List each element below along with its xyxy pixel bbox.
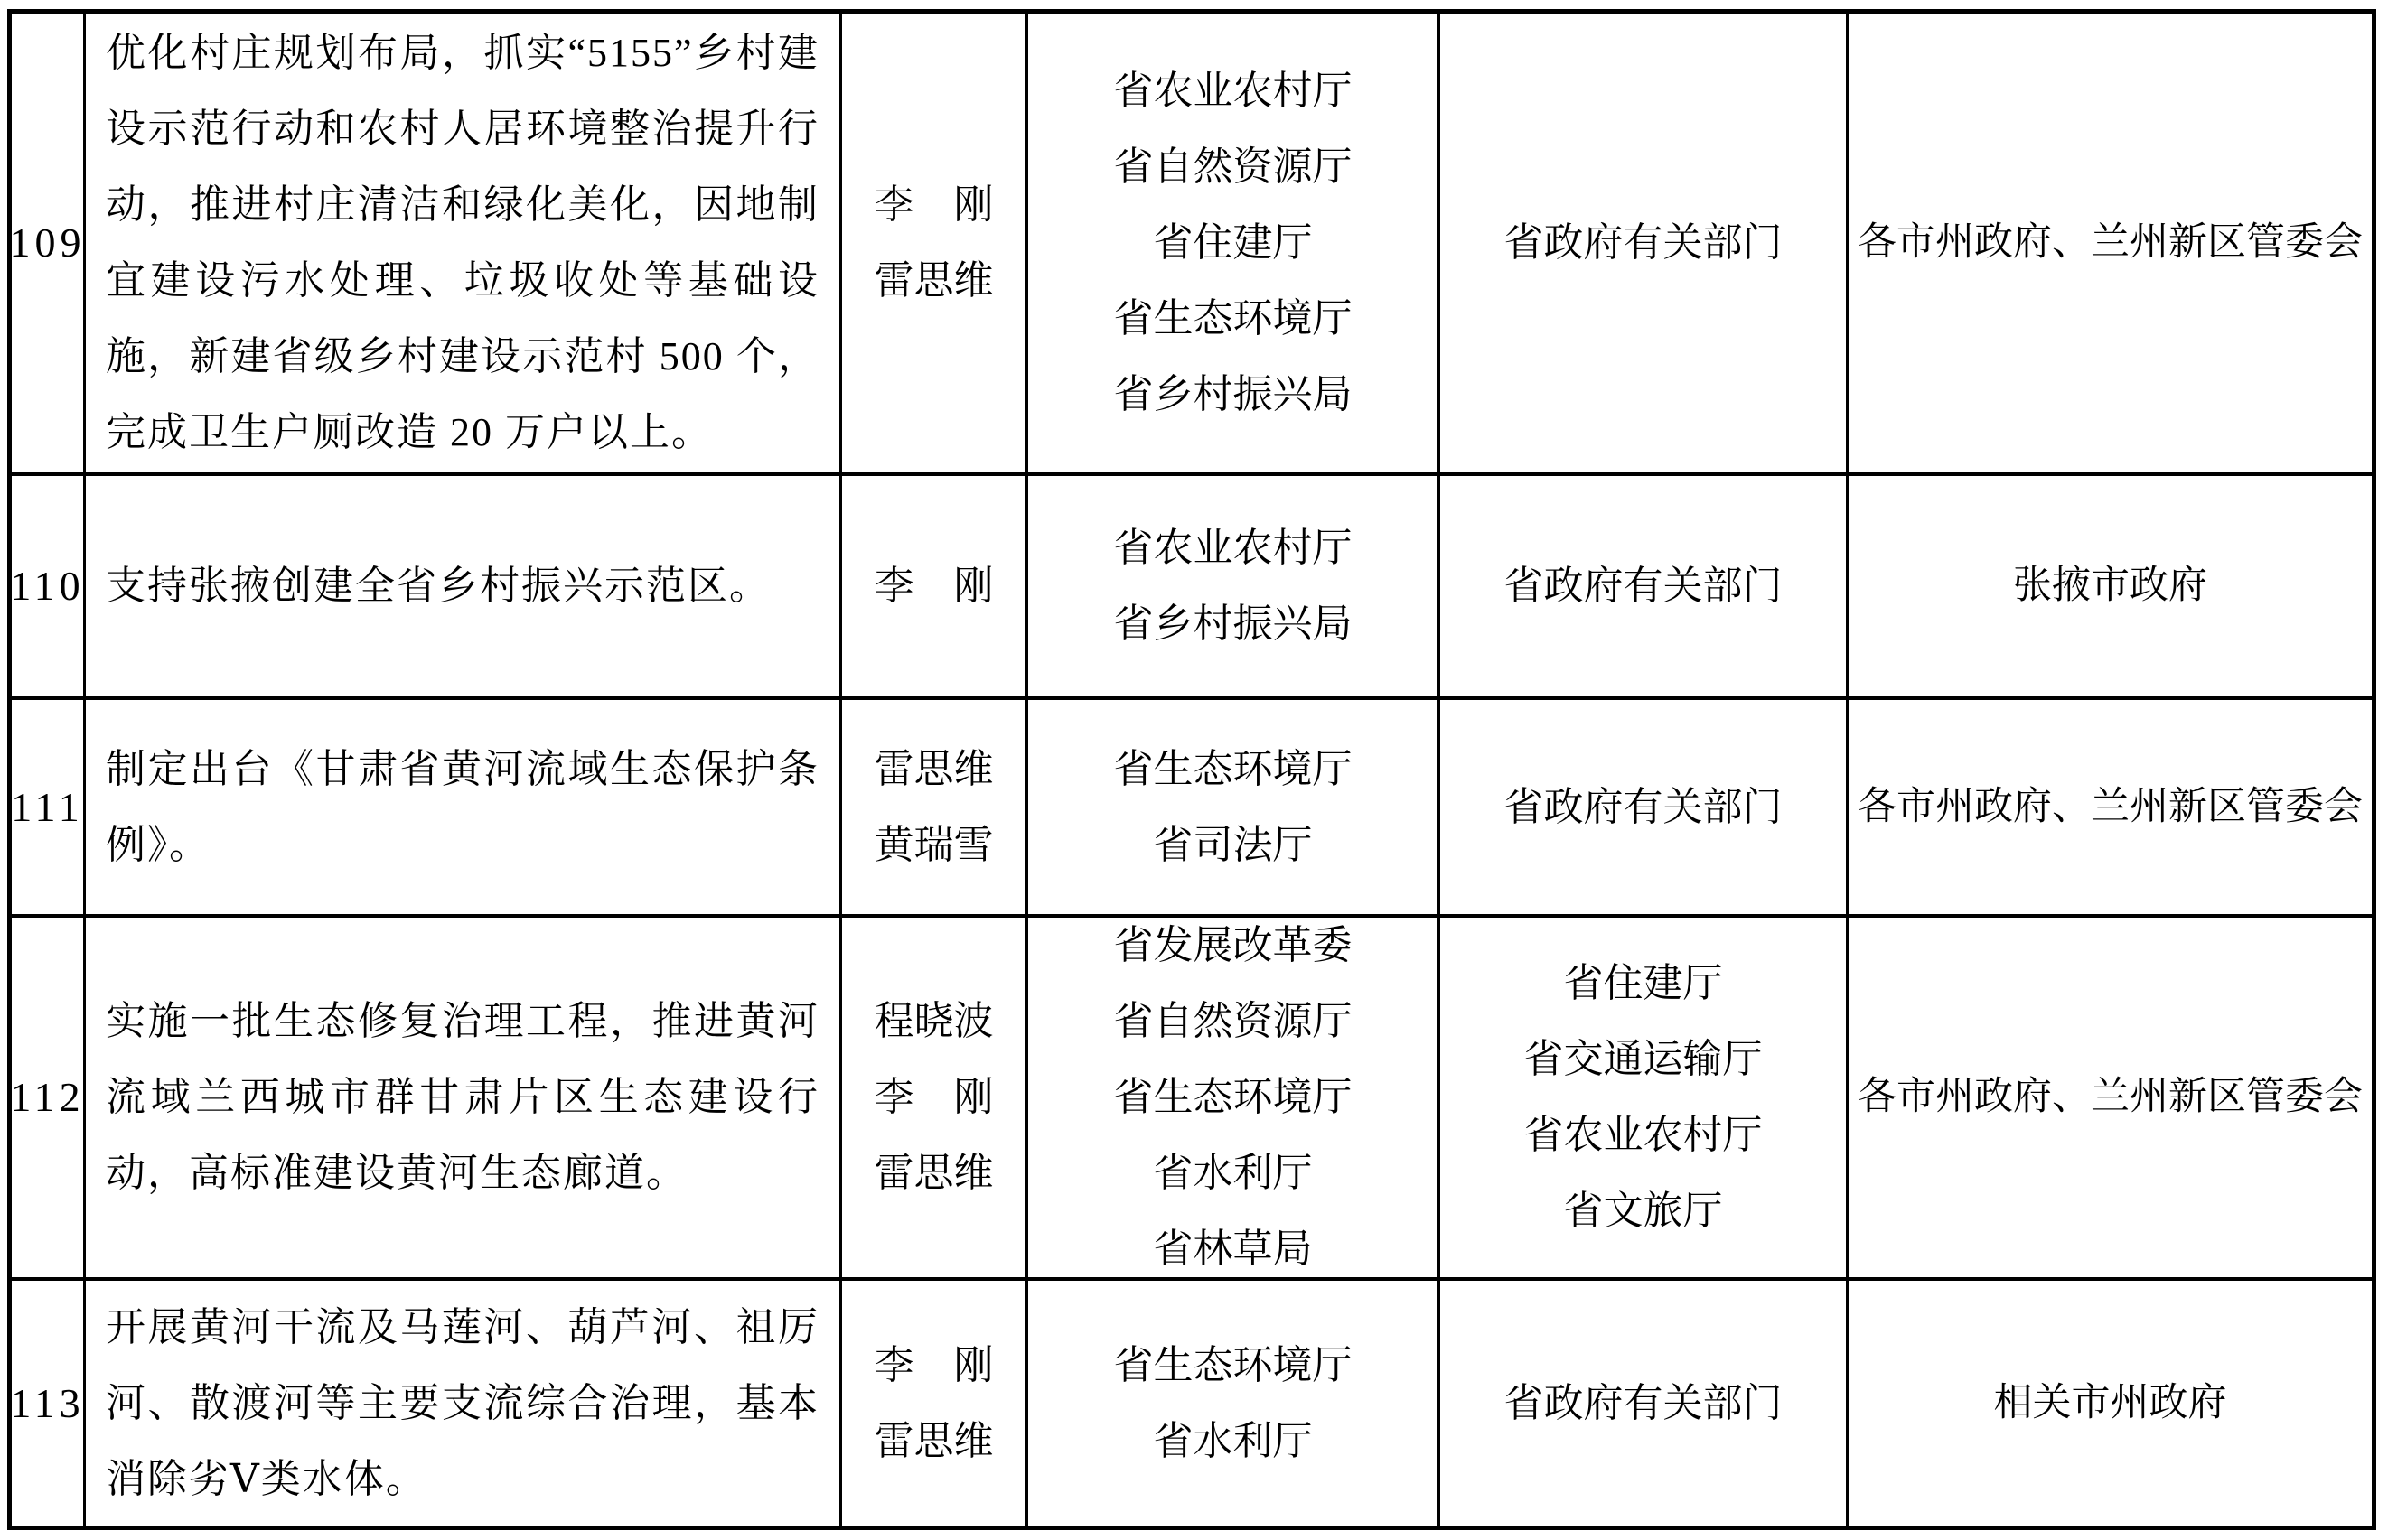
row-111-leaders-cell: 雷思维黄瑞雪	[842, 700, 1028, 918]
lead-departments-list: 省生态环境厅省司法厅	[1028, 732, 1437, 883]
row-111-lead-departments-cell: 省生态环境厅省司法厅	[1028, 700, 1440, 918]
lead-departments-list: 省发展改革委省自然资源厅省生态环境厅省水利厅省林草局	[1028, 918, 1437, 1281]
leaders-list: 雷思维黄瑞雪	[842, 732, 1025, 883]
text-line: 雷思维	[842, 243, 1025, 319]
leaders-list: 李 刚	[842, 548, 1025, 624]
row-111-number-cell: 111	[12, 700, 86, 918]
text-line: 程晓波	[842, 984, 1025, 1059]
row-113-task-cell: 开展黄河干流及马莲河、葫芦河、祖厉河、散渡河等主要支流综合治理，基本消除劣Ⅴ类水…	[86, 1281, 842, 1526]
task-text: 开展黄河干流及马莲河、葫芦河、祖厉河、散渡河等主要支流综合治理，基本消除劣Ⅴ类水…	[106, 1290, 819, 1517]
row-112-number-cell: 112	[12, 918, 86, 1281]
text-line: 各市州政府、兰州新区管委会	[1849, 770, 2372, 845]
row-110-lead-departments-cell: 省农业农村厅省乡村振兴局	[1028, 476, 1440, 700]
row-number: 110	[12, 565, 85, 607]
row-113-number-cell: 113	[12, 1281, 86, 1526]
text-line: 相关市州政府	[1849, 1366, 2372, 1442]
text-line: 李 刚	[842, 1059, 1025, 1135]
row-111-related-departments-cell: 省政府有关部门	[1440, 700, 1849, 918]
text-line: 省住建厅	[1028, 205, 1437, 281]
text-line: 省自然资源厅	[1028, 129, 1437, 205]
text-line: 省林草局	[1028, 1211, 1437, 1281]
row-110-implementing-units-cell: 张掖市政府	[1849, 476, 2372, 700]
task-text: 实施一批生态修复治理工程，推进黄河流域兰西城市群甘肃片区生态建设行动，高标准建设…	[106, 984, 819, 1211]
row-110-leaders-cell: 李 刚	[842, 476, 1028, 700]
text-line: 各市州政府、兰州新区管委会	[1849, 205, 2372, 281]
row-110-related-departments-cell: 省政府有关部门	[1440, 476, 1849, 700]
text-line: 省农业农村厅	[1440, 1097, 1846, 1173]
text-line: 省政府有关部门	[1440, 770, 1846, 845]
text-line: 省水利厅	[1028, 1404, 1437, 1479]
text-line: 省政府有关部门	[1440, 548, 1846, 624]
text-line: 省生态环境厅	[1028, 281, 1437, 357]
related-departments-list: 省住建厅省交通运输厅省农业农村厅省文旅厅	[1440, 946, 1846, 1249]
leaders-list: 李 刚雷思维	[842, 1328, 1025, 1479]
row-113-leaders-cell: 李 刚雷思维	[842, 1281, 1028, 1526]
text-line: 省交通运输厅	[1440, 1022, 1846, 1097]
text-line: 省生态环境厅	[1028, 1059, 1437, 1135]
text-line: 张掖市政府	[1849, 548, 2372, 624]
row-110-task-cell: 支持张掖创建全省乡村振兴示范区。	[86, 476, 842, 700]
row-112-leaders-cell: 程晓波李 刚雷思维	[842, 918, 1028, 1281]
text-line: 省水利厅	[1028, 1135, 1437, 1211]
row-113-related-departments-cell: 省政府有关部门	[1440, 1281, 1849, 1526]
implementing-units-list: 各市州政府、兰州新区管委会	[1849, 205, 2372, 281]
text-line: 李 刚	[842, 548, 1025, 624]
text-line: 省自然资源厅	[1028, 984, 1437, 1059]
text-line: 雷思维	[842, 1404, 1025, 1479]
text-line: 省农业农村厅	[1028, 510, 1437, 586]
row-109-related-departments-cell: 省政府有关部门	[1440, 14, 1849, 476]
implementing-units-list: 张掖市政府	[1849, 548, 2372, 624]
lead-departments-list: 省生态环境厅省水利厅	[1028, 1328, 1437, 1479]
row-112-related-departments-cell: 省住建厅省交通运输厅省农业农村厅省文旅厅	[1440, 918, 1849, 1281]
related-departments-list: 省政府有关部门	[1440, 548, 1846, 624]
row-109-leaders-cell: 李 刚雷思维	[842, 14, 1028, 476]
text-line: 省农业农村厅	[1028, 53, 1437, 129]
lead-departments-list: 省农业农村厅省乡村振兴局	[1028, 510, 1437, 662]
text-line: 雷思维	[842, 732, 1025, 807]
implementing-units-list: 各市州政府、兰州新区管委会	[1849, 770, 2372, 845]
row-112-lead-departments-cell: 省发展改革委省自然资源厅省生态环境厅省水利厅省林草局	[1028, 918, 1440, 1281]
text-line: 李 刚	[842, 167, 1025, 243]
text-line: 省司法厅	[1028, 807, 1437, 883]
task-text: 制定出台《甘肃省黄河流域生态保护条例》。	[106, 732, 819, 883]
task-assignment-table: 109 优化村庄规划布局，抓实“5155”乡村建设示范行动和农村人居环境整治提升…	[7, 9, 2376, 1530]
text-line: 省政府有关部门	[1440, 205, 1846, 281]
row-113-lead-departments-cell: 省生态环境厅省水利厅	[1028, 1281, 1440, 1526]
document-page: 109 优化村庄规划布局，抓实“5155”乡村建设示范行动和农村人居环境整治提升…	[0, 0, 2388, 1540]
row-number: 113	[12, 1383, 85, 1424]
text-line: 省发展改革委	[1028, 918, 1437, 984]
text-line: 黄瑞雪	[842, 807, 1025, 883]
row-109-implementing-units-cell: 各市州政府、兰州新区管委会	[1849, 14, 2372, 476]
related-departments-list: 省政府有关部门	[1440, 1366, 1846, 1442]
row-109-lead-departments-cell: 省农业农村厅省自然资源厅省住建厅省生态环境厅省乡村振兴局	[1028, 14, 1440, 476]
row-number: 112	[12, 1077, 85, 1118]
text-line: 省政府有关部门	[1440, 1366, 1846, 1442]
row-111-task-cell: 制定出台《甘肃省黄河流域生态保护条例》。	[86, 700, 842, 918]
text-line: 省住建厅	[1440, 946, 1846, 1022]
row-112-task-cell: 实施一批生态修复治理工程，推进黄河流域兰西城市群甘肃片区生态建设行动，高标准建设…	[86, 918, 842, 1281]
implementing-units-list: 各市州政府、兰州新区管委会	[1849, 1059, 2372, 1135]
row-109-task-cell: 优化村庄规划布局，抓实“5155”乡村建设示范行动和农村人居环境整治提升行动，推…	[86, 14, 842, 476]
row-110-number-cell: 110	[12, 476, 86, 700]
task-text: 支持张掖创建全省乡村振兴示范区。	[106, 548, 819, 624]
row-number: 109	[12, 222, 86, 264]
leaders-list: 程晓波李 刚雷思维	[842, 984, 1025, 1211]
row-112-implementing-units-cell: 各市州政府、兰州新区管委会	[1849, 918, 2372, 1281]
row-113-implementing-units-cell: 相关市州政府	[1849, 1281, 2372, 1526]
text-line: 雷思维	[842, 1135, 1025, 1211]
text-line: 省乡村振兴局	[1028, 586, 1437, 662]
text-line: 省生态环境厅	[1028, 732, 1437, 807]
row-109-number-cell: 109	[12, 14, 86, 476]
text-line: 省文旅厅	[1440, 1173, 1846, 1249]
row-111-implementing-units-cell: 各市州政府、兰州新区管委会	[1849, 700, 2372, 918]
text-line: 省生态环境厅	[1028, 1328, 1437, 1404]
text-line: 李 刚	[842, 1328, 1025, 1404]
task-text: 优化村庄规划布局，抓实“5155”乡村建设示范行动和农村人居环境整治提升行动，推…	[106, 15, 819, 471]
leaders-list: 李 刚雷思维	[842, 167, 1025, 319]
implementing-units-list: 相关市州政府	[1849, 1366, 2372, 1442]
row-number: 111	[12, 787, 84, 828]
text-line: 省乡村振兴局	[1028, 357, 1437, 433]
related-departments-list: 省政府有关部门	[1440, 205, 1846, 281]
text-line: 各市州政府、兰州新区管委会	[1849, 1059, 2372, 1135]
lead-departments-list: 省农业农村厅省自然资源厅省住建厅省生态环境厅省乡村振兴局	[1028, 53, 1437, 433]
related-departments-list: 省政府有关部门	[1440, 770, 1846, 845]
